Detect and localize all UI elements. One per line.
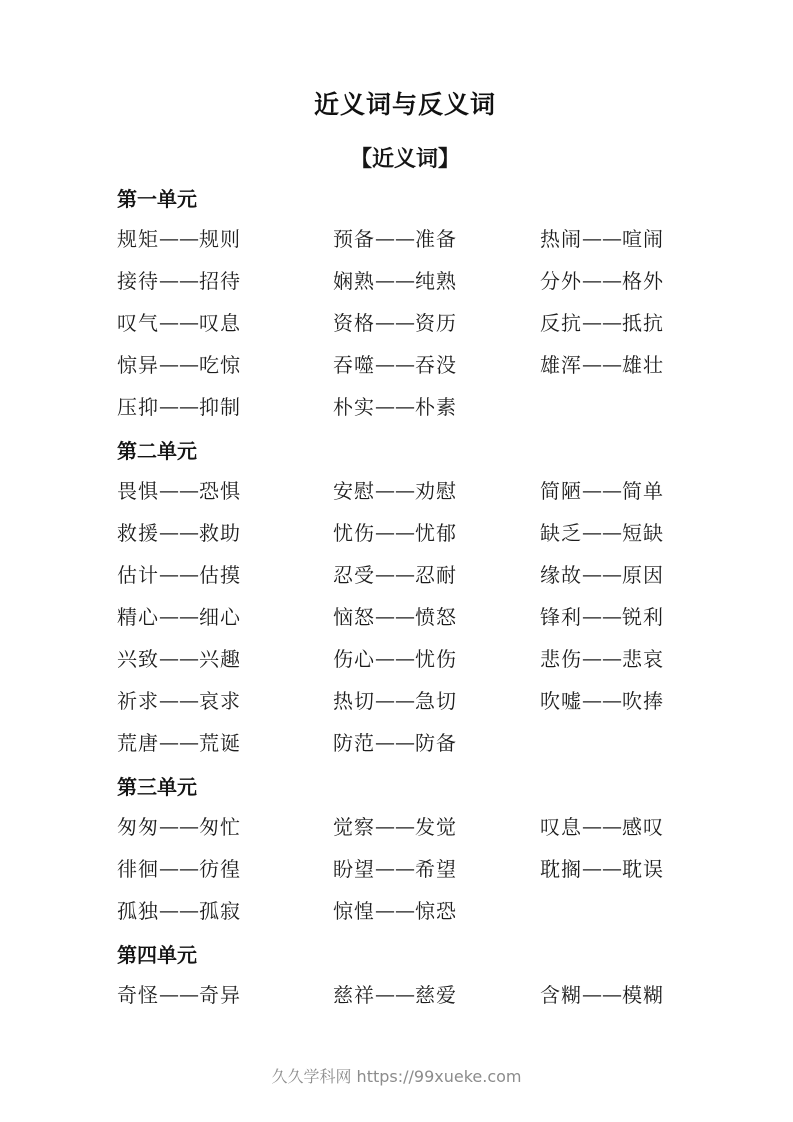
word-right: 规则 [199,227,241,251]
synonym-pair: 吞噬——吞没 [333,349,540,378]
pair-grid: 匆匆——匆忙觉察——发觉叹息——感叹徘徊——彷徨盼望——希望耽搁——耽误孤独——… [117,804,693,930]
word-right: 耽误 [622,857,664,881]
unit-section: 第一单元规矩——规则预备——准备热闹——喧闹接待——招待娴熟——纯熟分外——格外… [117,184,693,426]
word-right: 悲哀 [622,647,664,671]
word-left: 朴实 [333,395,375,419]
unit-section: 第三单元匆匆——匆忙觉察——发觉叹息——感叹徘徊——彷徨盼望——希望耽搁——耽误… [117,772,693,930]
word-left: 防范 [333,731,375,755]
word-right: 短缺 [622,521,664,545]
word-right: 劝慰 [415,479,457,503]
word-left: 吞噬 [333,353,375,377]
word-right: 朴素 [415,395,457,419]
pair-dash: —— [159,646,199,670]
word-right: 慈爱 [415,983,457,1007]
synonym-pair: 忍受——忍耐 [333,559,540,588]
pair-dash: —— [159,688,199,712]
word-right: 抵抗 [622,311,664,335]
synonym-pair: 孤独——孤寂 [117,895,333,924]
word-left: 惊惶 [333,899,375,923]
synonym-pair: 预备——准备 [333,223,540,252]
word-right: 吃惊 [199,353,241,377]
pair-dash: —— [159,226,199,250]
synonym-pair: 热切——急切 [333,685,540,714]
word-left: 娴熟 [333,269,375,293]
synonym-pair: 精心——细心 [117,601,333,630]
synonym-pair: 奇怪——奇异 [117,979,333,1008]
word-left: 热切 [333,689,375,713]
pair-dash: —— [159,898,199,922]
synonym-pair: 觉察——发觉 [333,811,540,840]
synonym-pair: 畏惧——恐惧 [117,475,333,504]
word-right: 细心 [199,605,241,629]
pair-dash: —— [159,982,199,1006]
document-page: 近义词与反义词 【近义词】 第一单元规矩——规则预备——准备热闹——喧闹接待——… [0,0,793,1122]
pair-dash: —— [582,310,622,334]
word-left: 畏惧 [117,479,159,503]
word-right: 救助 [199,521,241,545]
synonym-pair: 伤心——忧伤 [333,643,540,672]
synonym-pair: 耽搁——耽误 [540,853,693,882]
word-left: 惊异 [117,353,159,377]
pair-grid: 奇怪——奇异慈祥——慈爱含糊——模糊 [117,972,693,1014]
pair-dash: —— [582,226,622,250]
synonym-pair: 缺乏——短缺 [540,517,693,546]
word-left: 资格 [333,311,375,335]
pair-dash: —— [375,394,415,418]
pair-dash: —— [159,478,199,502]
synonym-pair: 荒唐——荒诞 [117,727,333,756]
word-left: 压抑 [117,395,159,419]
word-left: 悲伤 [540,647,582,671]
word-right: 发觉 [415,815,457,839]
pair-dash: —— [375,898,415,922]
word-right: 奇异 [199,983,241,1007]
footer-watermark: 久久学科网 https://99xueke.com [0,1066,793,1088]
word-left: 叹气 [117,311,159,335]
word-left: 匆匆 [117,815,159,839]
pair-dash: —— [159,730,199,754]
pair-dash: —— [375,688,415,712]
pair-dash: —— [582,982,622,1006]
word-left: 叹息 [540,815,582,839]
synonym-pair: 救援——救助 [117,517,333,546]
word-left: 奇怪 [117,983,159,1007]
word-left: 祈求 [117,689,159,713]
pair-dash: —— [159,394,199,418]
synonym-pair: 防范——防备 [333,727,540,756]
word-left: 恼怒 [333,605,375,629]
pair-dash: —— [375,604,415,628]
pair-grid: 规矩——规则预备——准备热闹——喧闹接待——招待娴熟——纯熟分外——格外叹气——… [117,216,693,426]
word-right: 荒诞 [199,731,241,755]
word-right: 兴趣 [199,647,241,671]
pair-dash: —— [375,478,415,502]
word-right: 准备 [415,227,457,251]
synonym-pair: 叹息——感叹 [540,811,693,840]
word-right: 匆忙 [199,815,241,839]
synonym-pair: 叹气——叹息 [117,307,333,336]
pair-dash: —— [582,520,622,544]
word-left: 孤独 [117,899,159,923]
synonym-pair: 反抗——抵抗 [540,307,693,336]
word-left: 规矩 [117,227,159,251]
page-title: 近义词与反义词 [117,88,693,122]
synonym-pair: 接待——招待 [117,265,333,294]
word-right: 忧伤 [415,647,457,671]
synonym-pair: 雄浑——雄壮 [540,349,693,378]
word-right: 忍耐 [415,563,457,587]
synonym-pair: 吹嘘——吹捧 [540,685,693,714]
pair-dash: —— [375,562,415,586]
section-heading: 第二单元 [117,436,693,466]
synonym-pair: 祈求——哀求 [117,685,333,714]
word-right: 彷徨 [199,857,241,881]
word-left: 含糊 [540,983,582,1007]
word-left: 接待 [117,269,159,293]
synonym-pair: 匆匆——匆忙 [117,811,333,840]
unit-section: 第二单元畏惧——恐惧安慰——劝慰简陋——简单救援——救助忧伤——忧郁缺乏——短缺… [117,436,693,762]
pair-dash: —— [375,856,415,880]
word-left: 热闹 [540,227,582,251]
pair-dash: —— [159,562,199,586]
synonym-pair: 朴实——朴素 [333,391,540,420]
word-right: 抑制 [199,395,241,419]
word-left: 估计 [117,563,159,587]
word-right: 哀求 [199,689,241,713]
synonym-pair: 恼怒——愤怒 [333,601,540,630]
word-left: 伤心 [333,647,375,671]
pair-dash: —— [582,646,622,670]
word-left: 兴致 [117,647,159,671]
section-heading: 第三单元 [117,772,693,802]
word-left: 荒唐 [117,731,159,755]
word-right: 惊恐 [415,899,457,923]
synonym-pair: 锋利——锐利 [540,601,693,630]
synonym-pair: 娴熟——纯熟 [333,265,540,294]
synonym-pair: 悲伤——悲哀 [540,643,693,672]
word-right: 吞没 [415,353,457,377]
pair-dash: —— [582,814,622,838]
word-right: 资历 [415,311,457,335]
synonym-pair: 兴致——兴趣 [117,643,333,672]
word-right: 招待 [199,269,241,293]
pair-dash: —— [375,982,415,1006]
pair-dash: —— [375,520,415,544]
pair-dash: —— [582,856,622,880]
pair-dash: —— [582,268,622,292]
synonym-pair: 惊异——吃惊 [117,349,333,378]
word-right: 原因 [622,563,664,587]
synonym-pair: 简陋——简单 [540,475,693,504]
word-left: 救援 [117,521,159,545]
word-right: 防备 [415,731,457,755]
word-right: 忧郁 [415,521,457,545]
synonym-pair: 含糊——模糊 [540,979,693,1008]
word-left: 耽搁 [540,857,582,881]
word-right: 希望 [415,857,457,881]
pair-dash: —— [159,268,199,292]
word-right: 模糊 [622,983,664,1007]
pair-dash: —— [375,646,415,670]
word-right: 感叹 [622,815,664,839]
word-left: 慈祥 [333,983,375,1007]
word-right: 简单 [622,479,664,503]
word-left: 缺乏 [540,521,582,545]
unit-section: 第四单元奇怪——奇异慈祥——慈爱含糊——模糊 [117,940,693,1014]
synonym-pair: 徘徊——彷徨 [117,853,333,882]
pair-dash: —— [159,856,199,880]
pair-dash: —— [375,268,415,292]
page-subtitle: 【近义词】 [117,144,693,174]
synonym-pair: 安慰——劝慰 [333,475,540,504]
synonym-pair: 规矩——规则 [117,223,333,252]
pair-dash: —— [159,814,199,838]
pair-dash: —— [375,730,415,754]
word-left: 吹嘘 [540,689,582,713]
word-left: 预备 [333,227,375,251]
synonym-pair: 估计——估摸 [117,559,333,588]
synonym-pair: 分外——格外 [540,265,693,294]
word-right: 急切 [415,689,457,713]
synonym-pair: 缘故——原因 [540,559,693,588]
pair-dash: —— [582,352,622,376]
synonym-pair: 资格——资历 [333,307,540,336]
word-left: 精心 [117,605,159,629]
pair-dash: —— [159,352,199,376]
word-right: 纯熟 [415,269,457,293]
pair-dash: —— [582,604,622,628]
pair-dash: —— [159,310,199,334]
word-right: 叹息 [199,311,241,335]
word-right: 孤寂 [199,899,241,923]
pair-grid: 畏惧——恐惧安慰——劝慰简陋——简单救援——救助忧伤——忧郁缺乏——短缺估计——… [117,468,693,762]
word-left: 觉察 [333,815,375,839]
pair-dash: —— [582,562,622,586]
word-left: 反抗 [540,311,582,335]
pair-dash: —— [375,226,415,250]
synonym-pair: 热闹——喧闹 [540,223,693,252]
pair-dash: —— [159,520,199,544]
pair-dash: —— [375,352,415,376]
pair-dash: —— [159,604,199,628]
word-left: 锋利 [540,605,582,629]
synonym-pair: 惊惶——惊恐 [333,895,540,924]
word-right: 估摸 [199,563,241,587]
footer-text: 久久学科网 https://99xueke.com [271,1067,521,1086]
synonym-pair: 慈祥——慈爱 [333,979,540,1008]
word-right: 锐利 [622,605,664,629]
synonym-pair: 盼望——希望 [333,853,540,882]
word-right: 吹捧 [622,689,664,713]
word-left: 安慰 [333,479,375,503]
pair-dash: —— [582,688,622,712]
word-left: 简陋 [540,479,582,503]
word-right: 愤怒 [415,605,457,629]
word-right: 喧闹 [622,227,664,251]
word-right: 格外 [622,269,664,293]
pair-dash: —— [375,310,415,334]
pair-dash: —— [375,814,415,838]
word-right: 恐惧 [199,479,241,503]
word-left: 分外 [540,269,582,293]
sections-container: 第一单元规矩——规则预备——准备热闹——喧闹接待——招待娴熟——纯熟分外——格外… [117,184,693,1014]
word-left: 雄浑 [540,353,582,377]
word-left: 忧伤 [333,521,375,545]
section-heading: 第一单元 [117,184,693,214]
word-right: 雄壮 [622,353,664,377]
word-left: 忍受 [333,563,375,587]
synonym-pair: 压抑——抑制 [117,391,333,420]
word-left: 徘徊 [117,857,159,881]
synonym-pair: 忧伤——忧郁 [333,517,540,546]
word-left: 盼望 [333,857,375,881]
pair-dash: —— [582,478,622,502]
word-left: 缘故 [540,563,582,587]
section-heading: 第四单元 [117,940,693,970]
